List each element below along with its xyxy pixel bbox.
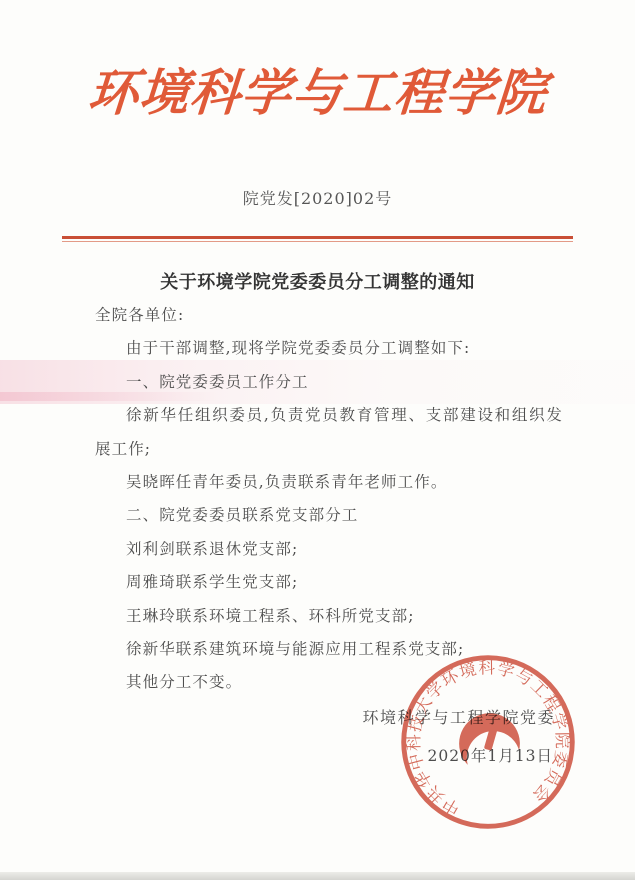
letterhead-title: 环境科学与工程学院 [0, 50, 635, 136]
salutation: 全院各单位: [95, 299, 563, 332]
scan-bottom-shadow [0, 872, 635, 880]
hammer-sickle-emblem [449, 701, 524, 771]
scanned-document-page: 环境科学与工程学院 院党发[2020]02号 关于环境学院党委委员分工调整的通知… [0, 0, 635, 880]
document-body: 全院各单位: 由于干部调整,现将学院党委委员分工调整如下:一、院党委委员工作分工… [95, 299, 563, 700]
body-paragraph: 一、院党委委员工作分工 [95, 366, 563, 399]
document-number: 院党发[2020]02号 [0, 186, 635, 209]
notice-title: 关于环境学院党委委员分工调整的通知 [0, 268, 635, 294]
body-paragraph: 吴晓晖任青年委员,负责联系青年老师工作。 [95, 466, 563, 499]
body-paragraph: 王琳玲联系环境工程系、环科所党支部; [95, 600, 563, 633]
body-paragraph: 周雅琦联系学生党支部; [95, 566, 563, 599]
red-header-rule [62, 236, 573, 242]
seal-arc-text: 中共华中科技大学环境科学与工程学院委员会 [391, 645, 584, 829]
body-paragraph: 刘利剑联系退休党支部; [95, 533, 563, 566]
body-paragraph: 徐新华任组织委员,负责党员教育管理、支部建设和组织发展工作; [95, 399, 563, 466]
body-paragraph: 由于干部调整,现将学院党委委员分工调整如下: [95, 332, 563, 365]
official-seal: 中共华中科技大学环境科学与工程学院委员会 [374, 628, 601, 855]
body-paragraph: 二、院党委委员联系党支部分工 [95, 499, 563, 532]
